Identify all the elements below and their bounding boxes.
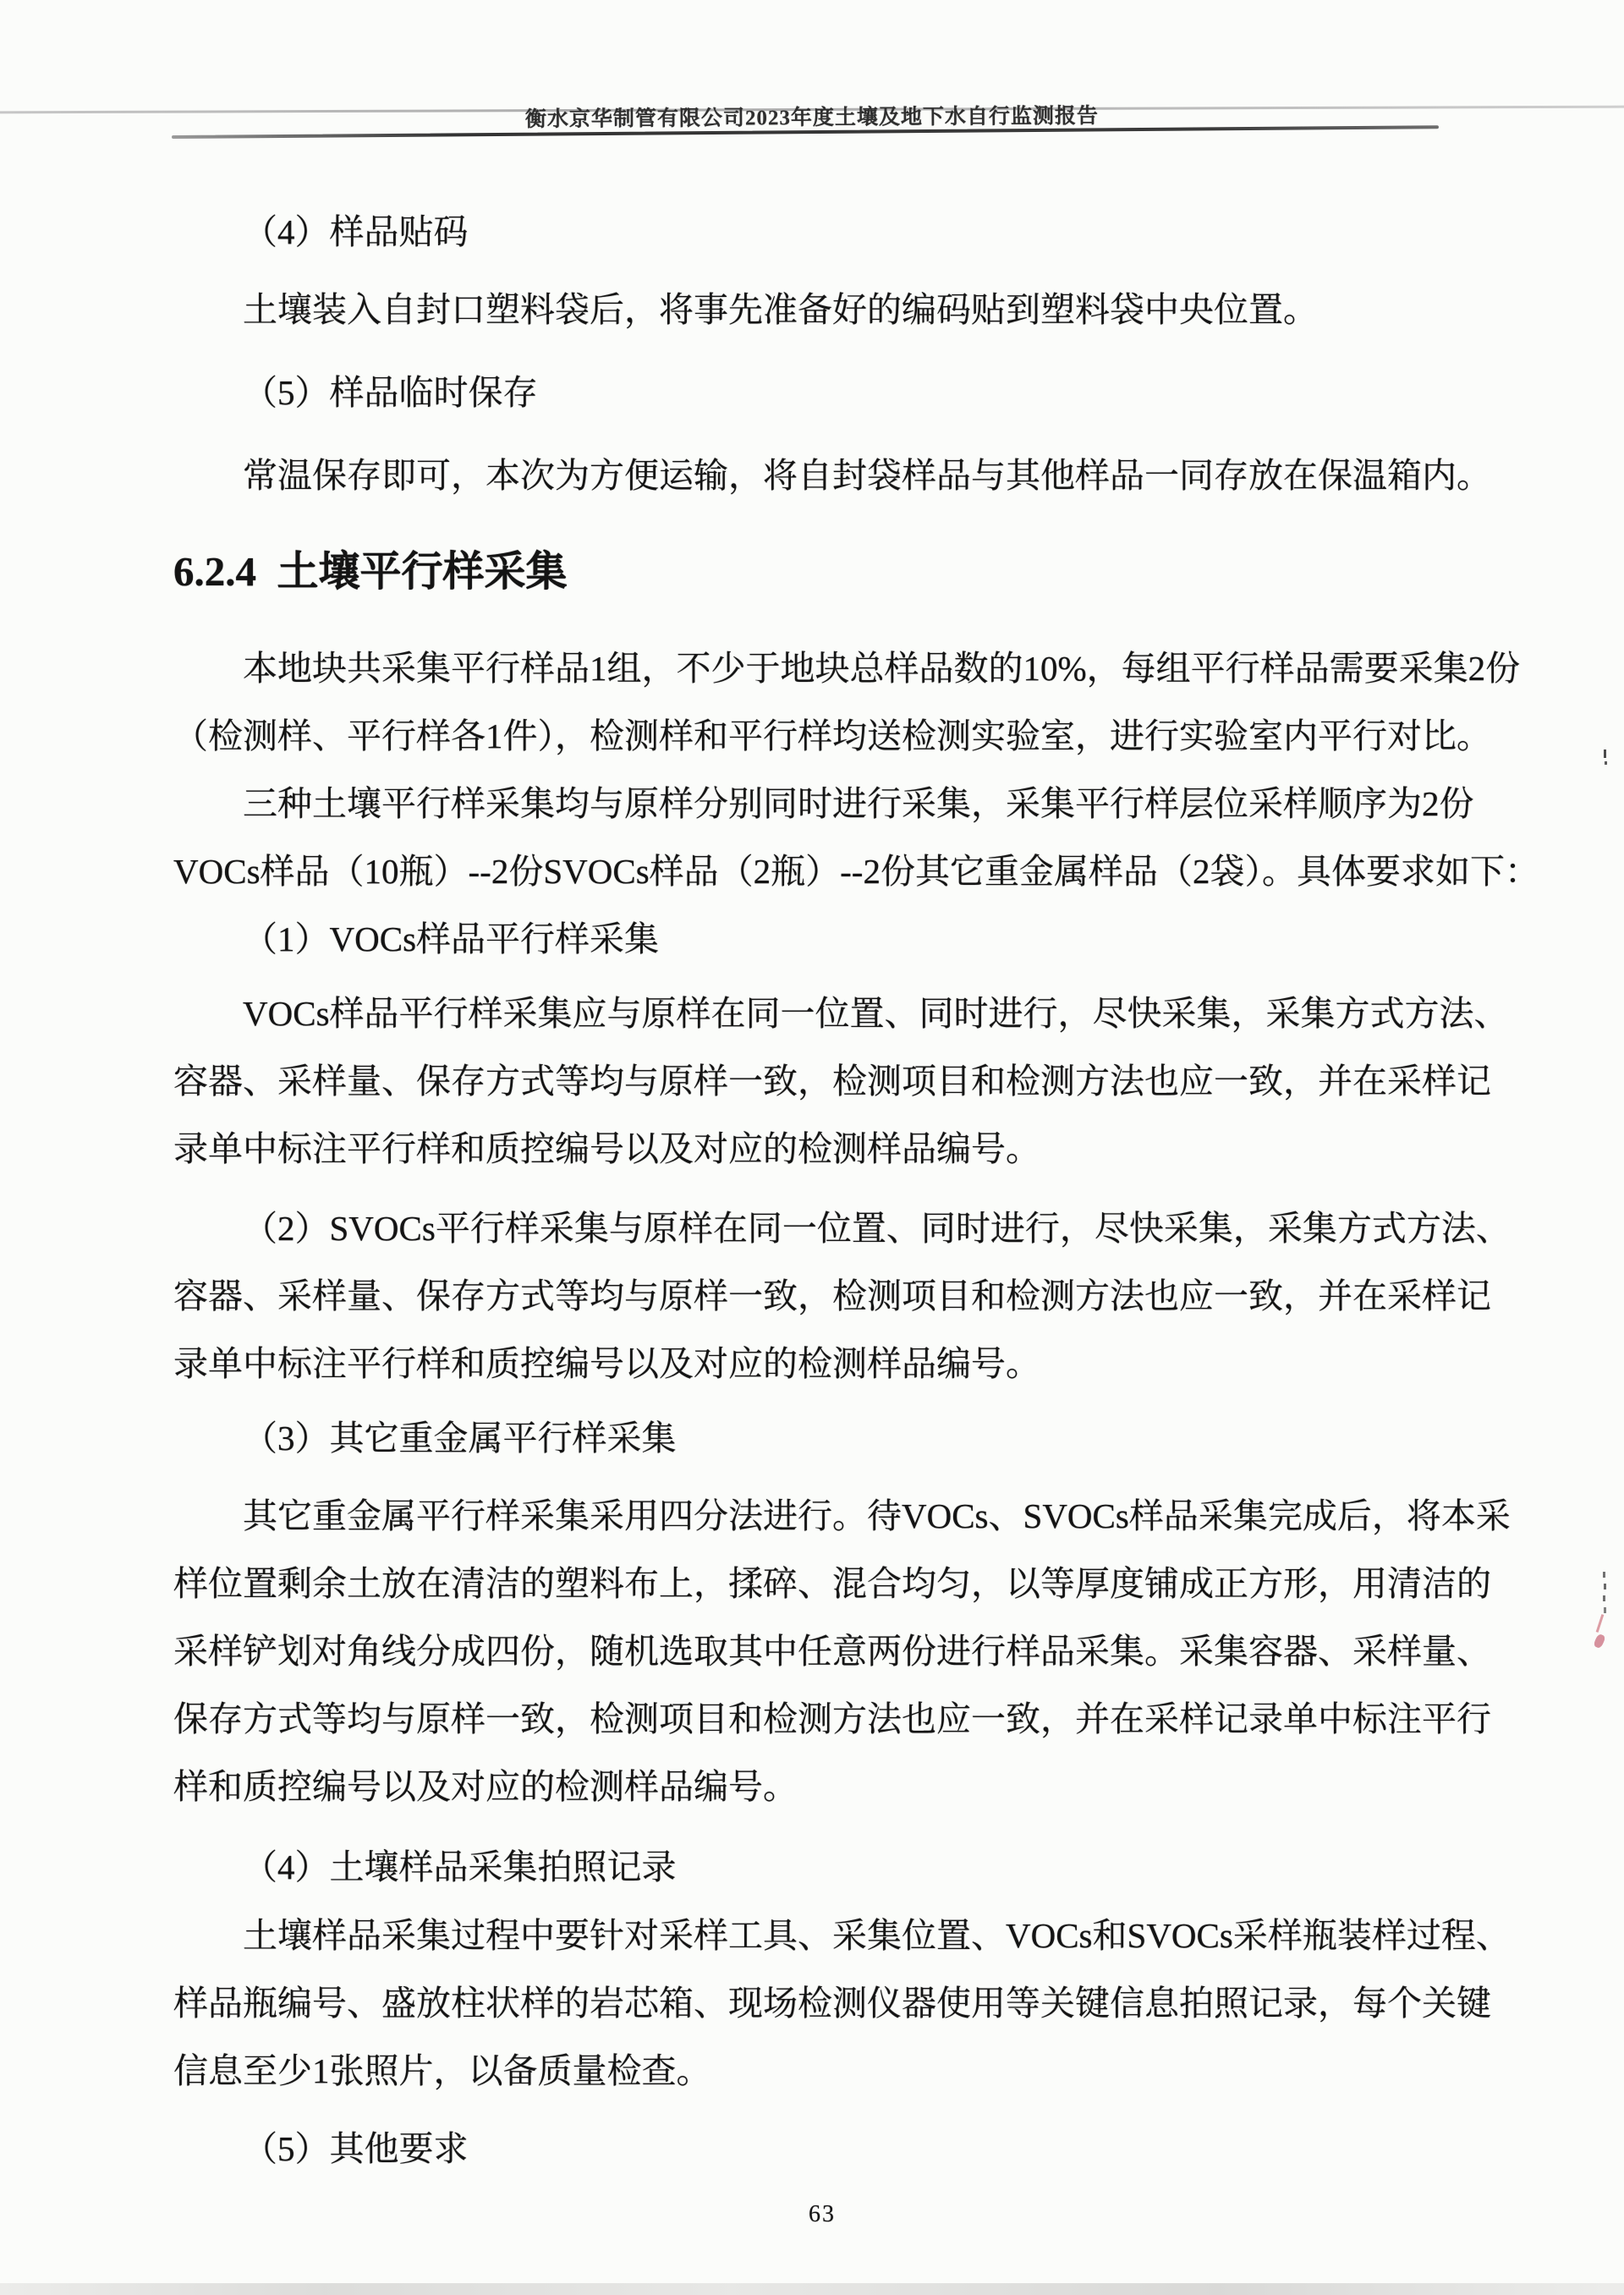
text-line: VOCs样品（10瓶）--2份SVOCs样品（2瓶）--2份其它重金属样品（2袋… bbox=[173, 837, 1561, 905]
text-line: 三种土壤平行样采集均与原样分别同时进行采集，采集平行样层位采样顺序为2份 bbox=[173, 770, 1561, 837]
document-content: （4）样品贴码土壤装入自封口塑料袋后，将事先准备好的编码贴到塑料袋中央位置。（5… bbox=[173, 198, 1561, 2182]
text-line: 录单中标注平行样和质控编号以及对应的检测样品编号。 bbox=[173, 1330, 1561, 1397]
text-line: 土壤装入自封口塑料袋后，将事先准备好的编码贴到塑料袋中央位置。 bbox=[173, 276, 1561, 343]
sub-heading: （1）VOCs样品平行样采集 bbox=[173, 905, 1561, 973]
text-line: 样和质控编号以及对应的检测样品编号。 bbox=[173, 1753, 1561, 1820]
text-line: （2）SVOCs平行样采集与原样在同一位置、同时进行，尽快采集，采集方式方法、 bbox=[173, 1194, 1561, 1262]
scan-artifact-pink-mark bbox=[1593, 1633, 1606, 1650]
sub-heading: （4）样品贴码 bbox=[173, 198, 1561, 266]
text-line: 常温保存即可，本次为方便运输，将自封袋样品与其他样品一同存放在保温箱内。 bbox=[173, 442, 1561, 509]
text-line: 样品瓶编号、盛放柱状样的岩芯箱、现场检测仪器使用等关键信息拍照记录，每个关键 bbox=[173, 1969, 1561, 2037]
text-line: 土壤样品采集过程中要针对采样工具、采集位置、VOCs和SVOCs采样瓶装样过程、 bbox=[173, 1902, 1561, 1969]
text-line: 6.2.4 土壤平行样采集 bbox=[173, 531, 1561, 612]
text-line: 保存方式等均与原样一致，检测项目和检测方法也应一致，并在采样记录单中标注平行 bbox=[173, 1685, 1561, 1753]
page-footer: 63 bbox=[0, 2201, 1624, 2228]
text-line: （5）其他要求 bbox=[173, 2115, 1561, 2182]
text-line: 其它重金属平行样采集采用四分法进行。待VOCs、SVOCs样品采集完成后，将本采 bbox=[173, 1482, 1561, 1550]
scan-artifact bbox=[1604, 1584, 1606, 1589]
paragraph: 常温保存即可，本次为方便运输，将自封袋样品与其他样品一同存放在保温箱内。 bbox=[173, 442, 1561, 509]
text-line: 容器、采样量、保存方式等均与原样一致，检测项目和检测方法也应一致，并在采样记 bbox=[173, 1047, 1561, 1115]
scan-edge-shadow bbox=[0, 2283, 1624, 2295]
paragraph: 土壤样品采集过程中要针对采样工具、采集位置、VOCs和SVOCs采样瓶装样过程、… bbox=[173, 1902, 1561, 2105]
text-line: 本地块共采集平行样品1组，不少于地块总样品数的10%，每组平行样品需要采集2份 bbox=[173, 634, 1561, 702]
text-line: 容器、采样量、保存方式等均与原样一致，检测项目和检测方法也应一致，并在采样记 bbox=[173, 1262, 1561, 1330]
sub-heading: （4）土壤样品采集拍照记录 bbox=[173, 1833, 1561, 1901]
text-line: （5）样品临时保存 bbox=[173, 359, 1561, 426]
text-line: 信息至少1张照片，以备质量检查。 bbox=[173, 2037, 1561, 2105]
text-line: （4）土壤样品采集拍照记录 bbox=[173, 1833, 1561, 1901]
sub-heading: （5）样品临时保存 bbox=[173, 359, 1561, 426]
sub-heading: （3）其它重金属平行样采集 bbox=[173, 1404, 1561, 1472]
document-page: 衡水京华制管有限公司2023年度土壤及地下水自行监测报告 （4）样品贴码土壤装入… bbox=[0, 0, 1624, 2295]
scan-artifact bbox=[1605, 761, 1607, 765]
scan-artifact bbox=[1604, 749, 1606, 758]
paragraph: 其它重金属平行样采集采用四分法进行。待VOCs、SVOCs样品采集完成后，将本采… bbox=[173, 1482, 1561, 1820]
text-line: （3）其它重金属平行样采集 bbox=[173, 1404, 1561, 1472]
paragraph: 本地块共采集平行样品1组，不少于地块总样品数的10%，每组平行样品需要采集2份（… bbox=[173, 634, 1561, 770]
paragraph: 土壤装入自封口塑料袋后，将事先准备好的编码贴到塑料袋中央位置。 bbox=[173, 276, 1561, 343]
text-line: 样位置剩余土放在清洁的塑料布上，揉碎、混合均匀，以等厚度铺成正方形，用清洁的 bbox=[173, 1550, 1561, 1617]
paragraph: VOCs样品平行样采集应与原样在同一位置、同时进行，尽快采集，采集方式方法、容器… bbox=[173, 980, 1561, 1183]
scan-artifact bbox=[1604, 1607, 1606, 1613]
text-line: 录单中标注平行样和质控编号以及对应的检测样品编号。 bbox=[173, 1115, 1561, 1183]
scan-artifact-pink-mark bbox=[1596, 1614, 1605, 1633]
text-line: VOCs样品平行样采集应与原样在同一位置、同时进行，尽快采集，采集方式方法、 bbox=[173, 980, 1561, 1047]
scan-artifact bbox=[1603, 1595, 1605, 1601]
scan-artifact bbox=[1603, 1572, 1605, 1578]
page-number: 63 bbox=[809, 2201, 836, 2228]
text-line: 采样铲划对角线分成四份，随机选取其中任意两份进行样品采集。采集容器、采样量、 bbox=[173, 1617, 1561, 1685]
sub-heading: （5）其他要求 bbox=[173, 2115, 1561, 2182]
paragraph: 三种土壤平行样采集均与原样分别同时进行采集，采集平行样层位采样顺序为2份VOCs… bbox=[173, 770, 1561, 905]
text-line: （4）样品贴码 bbox=[173, 198, 1561, 266]
text-line: （检测样、平行样各1件），检测样和平行样均送检测实验室，进行实验室内平行对比。 bbox=[173, 702, 1561, 770]
paragraph: （2）SVOCs平行样采集与原样在同一位置、同时进行，尽快采集，采集方式方法、容… bbox=[173, 1194, 1561, 1397]
section-heading: 6.2.4 土壤平行样采集 bbox=[173, 531, 1561, 612]
text-line: （1）VOCs样品平行样采集 bbox=[173, 905, 1561, 973]
